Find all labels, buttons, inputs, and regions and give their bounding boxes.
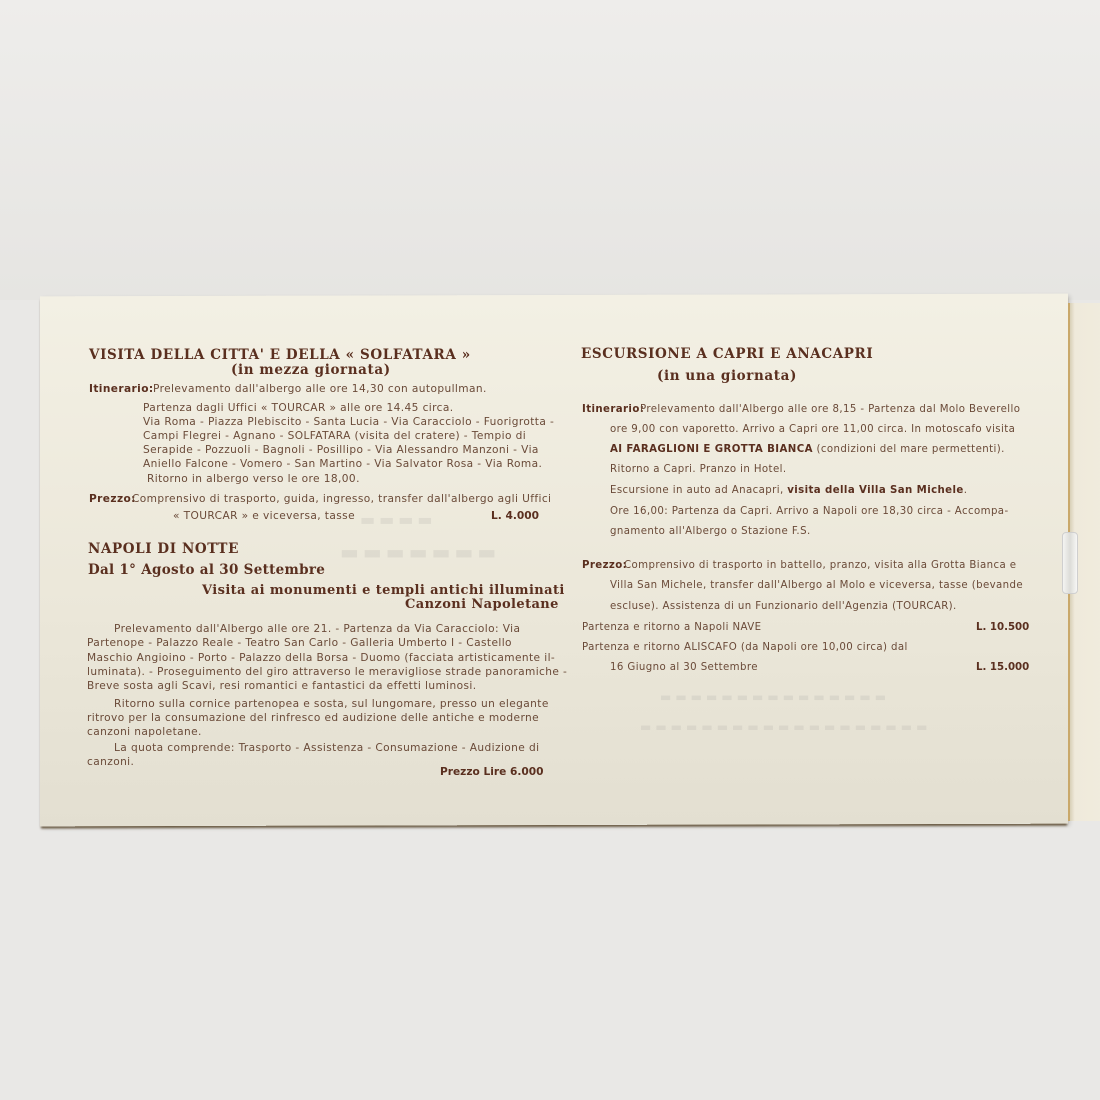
brochure-spread: ▬▬▬▬ ▬▬▬▬▬▬▬ ▬▬▬▬▬▬▬▬▬▬▬▬▬▬▬ ▬▬▬▬▬▬▬▬▬▬▬… — [40, 295, 1100, 830]
price-description: Comprensivo di trasporto in battello, pr… — [624, 560, 1016, 571]
paragraph-line: ritrovo per la consumazione del rinfresc… — [87, 712, 539, 724]
price-description: escluse). Assistenza di un Funzionario d… — [610, 601, 957, 612]
itinerary-line: AI FARAGLIONI E GROTTA BIANCA (condizion… — [610, 444, 1005, 455]
itinerary-line: Partenza dagli Uffici « TOURCAR » alle o… — [143, 402, 454, 414]
itinerary-line: Escursione in auto ad Anacapri, visita d… — [610, 485, 967, 496]
itinerary-line: Ritorno in albergo verso le ore 18,00. — [147, 473, 360, 485]
itinerary-line: Via Roma - Piazza Plebiscito - Santa Luc… — [143, 416, 554, 428]
price-label: Prezzo: — [582, 560, 627, 571]
itinerary-line: gnamento all'Albergo o Stazione F.S. — [610, 526, 811, 537]
price-description: « TOURCAR » e viceversa, tasse — [173, 510, 355, 522]
paragraph-line: canzoni napoletane. — [87, 726, 202, 738]
price-description: Villa San Michele, transfer dall'Albergo… — [610, 580, 1023, 591]
itinerary-line: Aniello Falcone - Vomero - San Martino -… — [143, 458, 542, 470]
highlight-text: AI FARAGLIONI E GROTTA BIANCA — [610, 444, 813, 455]
itinerary-label: Itinerario: — [582, 404, 644, 415]
option-price: L. 10.500 — [976, 622, 1029, 633]
tour-subtitle: (in una giornata) — [657, 368, 797, 384]
itinerary-line: Prelevamento dall'albergo alle ore 14,30… — [153, 383, 487, 395]
itinerary-line: Campi Flegrei - Agnano - SOLFATARA (visi… — [143, 430, 526, 442]
tour-price: Prezzo Lire 6.000 — [440, 766, 543, 778]
option-description: Partenza e ritorno ALISCAFO (da Napoli o… — [582, 642, 908, 653]
itinerary-line: ore 9,00 con vaporetto. Arrivo a Capri o… — [610, 424, 1015, 435]
price-description: Comprensivo di trasporto, guida, ingress… — [132, 493, 551, 505]
tour-subtitle: Visita ai monumenti e templi antichi ill… — [202, 583, 565, 598]
option-description: 16 Giugno al 30 Settembre — [610, 662, 758, 673]
itinerary-line: Ritorno a Capri. Pranzo in Hotel. — [610, 464, 787, 475]
paragraph-line: luminata). - Proseguimento del giro attr… — [87, 666, 567, 678]
itinerary-line: Ore 16,00: Partenza da Capri. Arrivo a N… — [610, 506, 1009, 517]
tour-title: VISITA DELLA CITTA' E DELLA « SOLFATARA … — [89, 347, 471, 363]
itinerary-line: Prelevamento dall'Albergo alle ore 8,15 … — [640, 404, 1020, 415]
tour-subtitle: Canzoni Napoletane — [405, 597, 559, 612]
paragraph-line: Partenope - Palazzo Reale - Teatro San C… — [87, 637, 512, 649]
option-description: Partenza e ritorno a Napoli NAVE — [582, 622, 761, 633]
tour-title: NAPOLI DI NOTTE — [88, 541, 239, 557]
paragraph-line: Breve sosta agli Scavi, resi romantici e… — [87, 680, 477, 692]
tour-dates: Dal 1° Agosto al 30 Settembre — [88, 562, 325, 578]
highlight-text: visita della Villa San Michele — [787, 485, 963, 496]
tour-price: L. 4.000 — [491, 510, 539, 522]
price-label: Prezzo: — [89, 493, 136, 505]
tour-title: ESCURSIONE A CAPRI E ANACAPRI — [581, 346, 873, 362]
paragraph-line: Maschio Angioino - Porto - Palazzo della… — [87, 652, 555, 664]
background-surface — [0, 0, 1100, 300]
paragraph-line: Ritorno sulla cornice partenopea e sosta… — [114, 698, 549, 710]
itinerary-line: Serapide - Pozzuoli - Bagnoli - Posillip… — [143, 444, 539, 456]
itinerary-label: Itinerario: — [89, 383, 154, 395]
staple — [1062, 532, 1078, 594]
tour-subtitle: (in mezza giornata) — [231, 362, 391, 378]
paragraph-line: canzoni. — [87, 756, 134, 768]
option-price: L. 15.000 — [976, 662, 1029, 673]
paragraph-line: Prelevamento dall'Albergo alle ore 21. -… — [114, 623, 520, 635]
paragraph-line: La quota comprende: Trasporto - Assisten… — [114, 742, 539, 754]
